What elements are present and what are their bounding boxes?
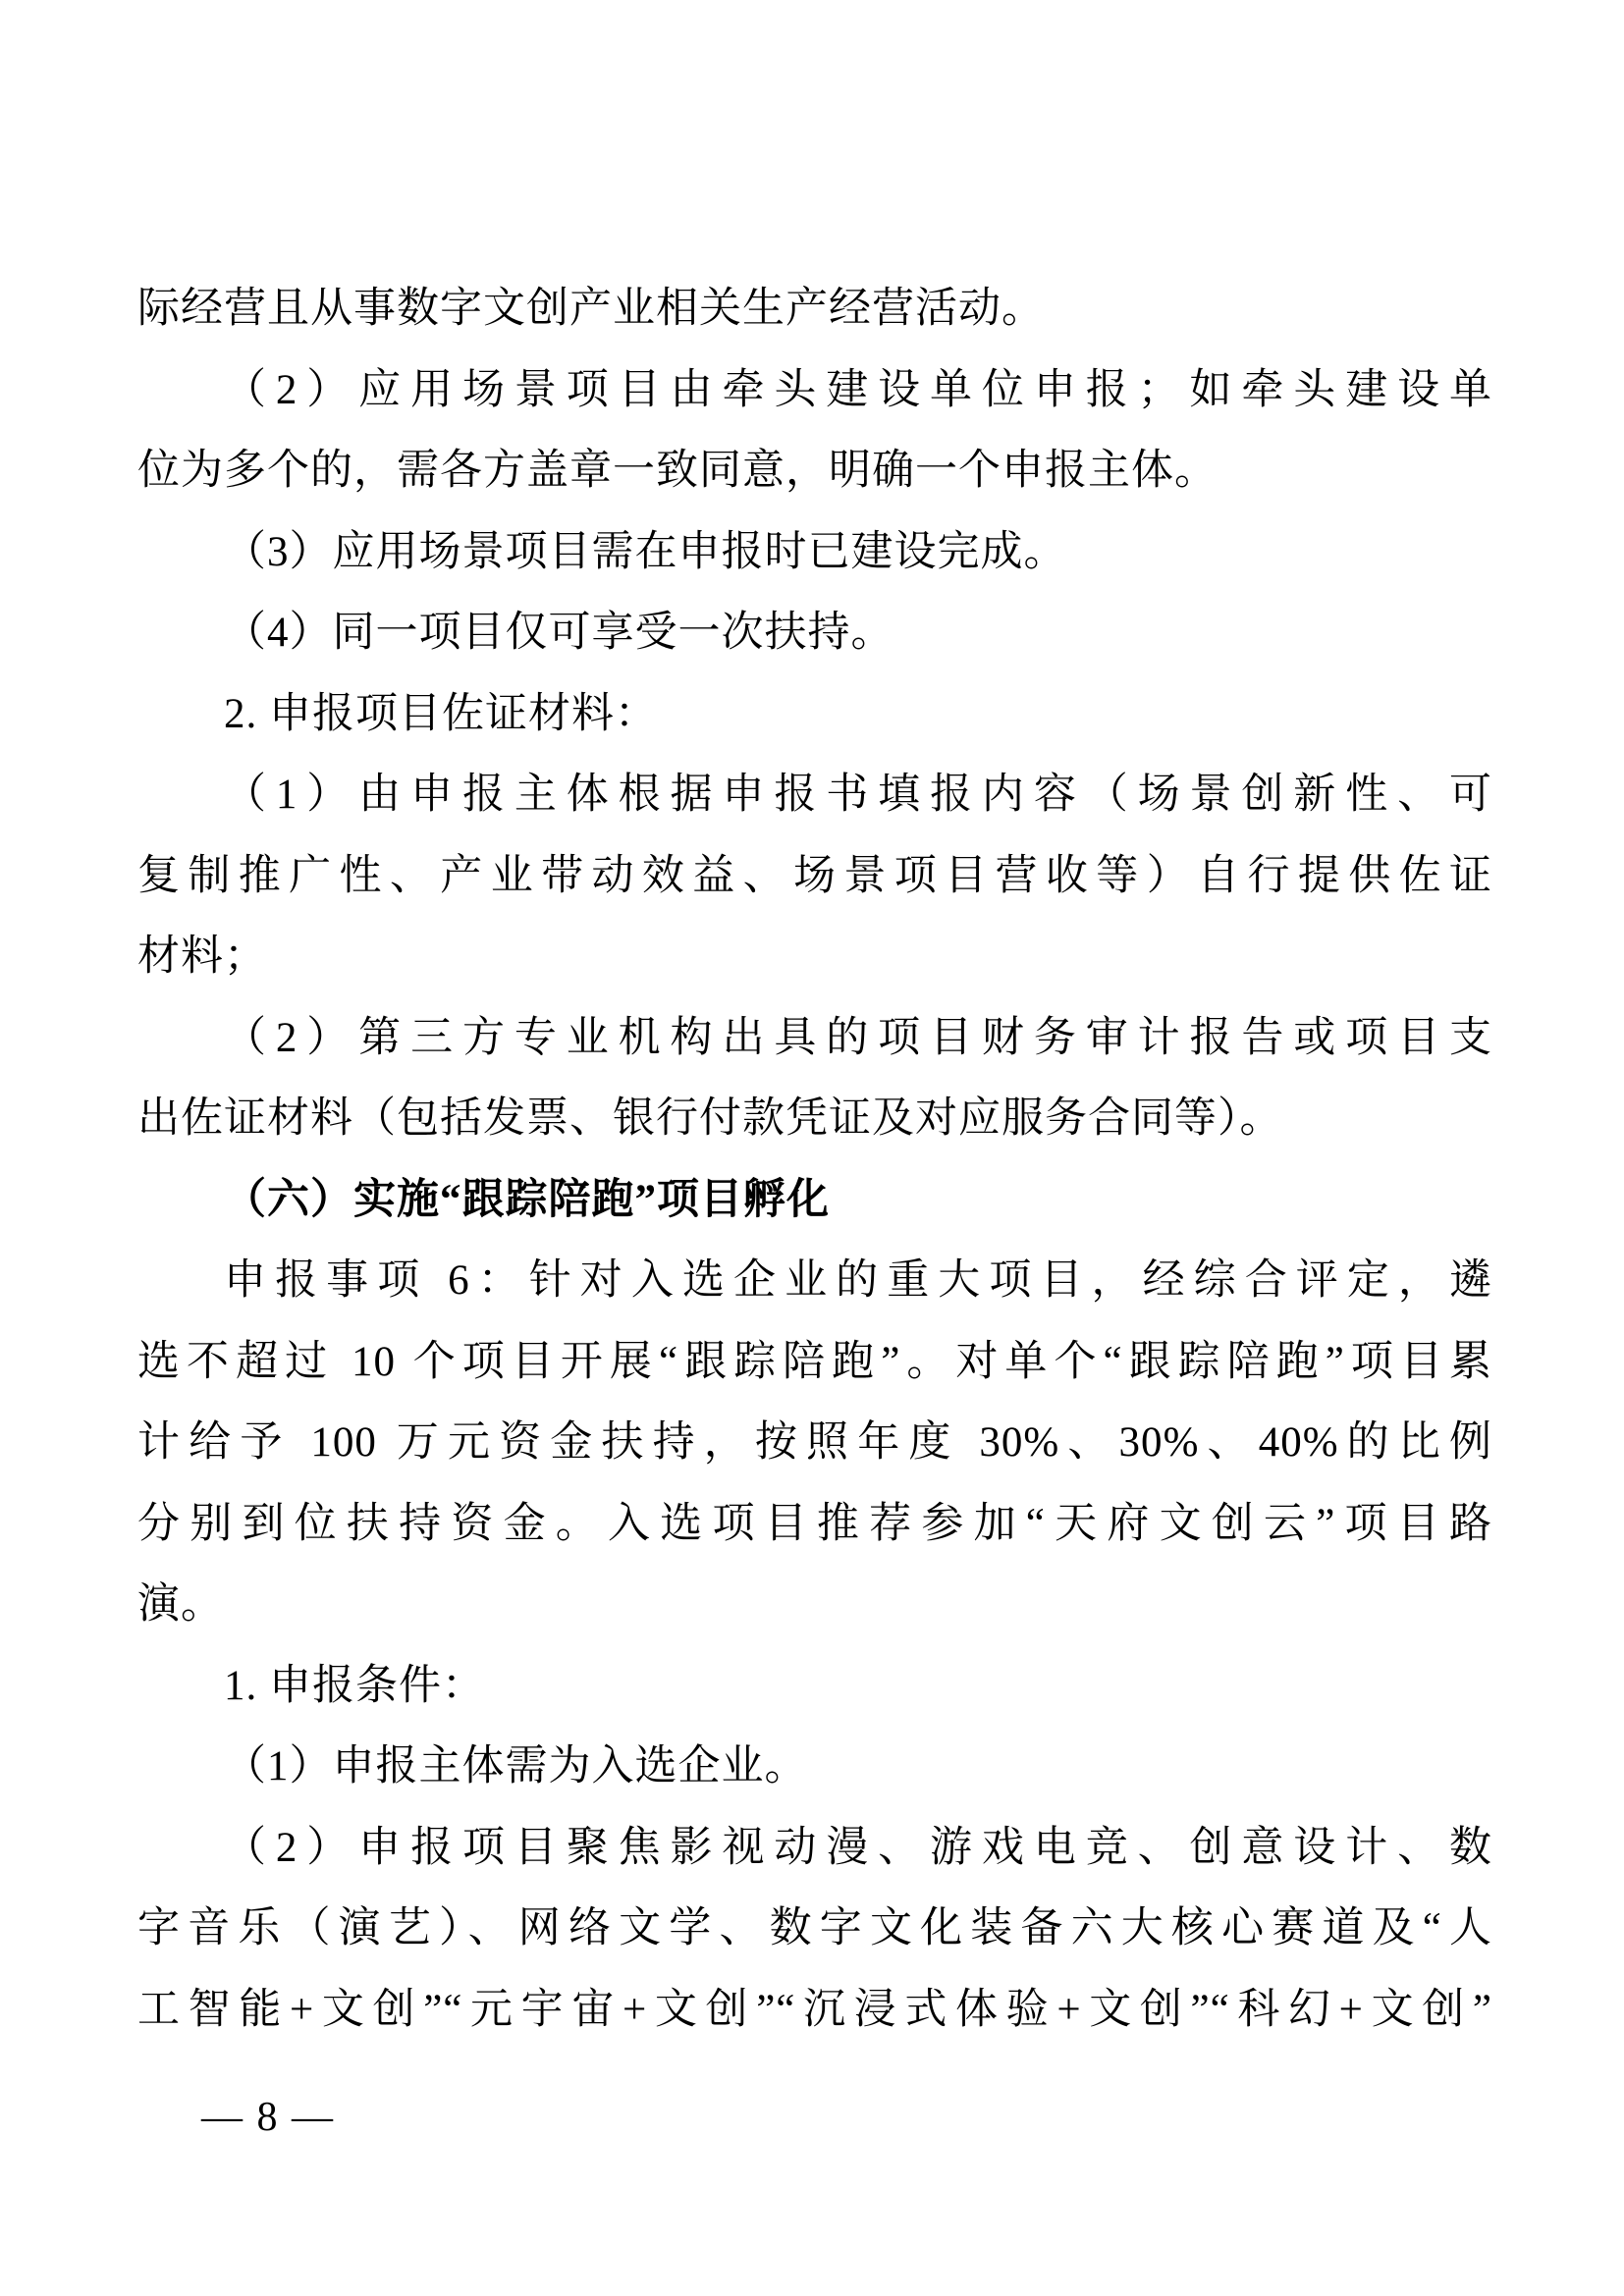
text-line: （4）同一项目仅可享受一次扶持。 [137,593,1492,674]
text-line: （3）应用场景项目需在申报时已建设完成。 [137,512,1492,594]
section-heading: （六）实施“跟踪陪跑”项目孵化 [137,1160,1492,1242]
text-line: 材料； [137,917,1492,998]
document-page: 际经营且从事数字文创产业相关生产经营活动。 （2）应用场景项目由牵头建设单位申报… [0,0,1624,2296]
text-line: 计给予 100 万元资金扶持，按照年度 30%、30%、40%的比例 [137,1403,1492,1484]
text-line: 位为多个的，需各方盖章一致同意，明确一个申报主体。 [137,431,1492,512]
text-line: （1）申报主体需为入选企业。 [137,1727,1492,1808]
text-line: 2. 申报项目佐证材料： [137,674,1492,756]
text-line: 工智能+文创”“元宇宙+文创”“沉浸式体验+文创”“科幻+文创” [137,1970,1492,2052]
text-line: （1）由申报主体根据申报书填报内容（场景创新性、可 [137,755,1492,836]
text-line: （2）申报项目聚焦影视动漫、游戏电竞、创意设计、数 [137,1808,1492,1890]
text-line: （2）应用场景项目由牵头建设单位申报；如牵头建设单 [137,350,1492,432]
text-line: 选不超过 10 个项目开展“跟踪陪跑”。对单个“跟踪陪跑”项目累 [137,1322,1492,1404]
text-line: 申报事项 6：针对入选企业的重大项目，经综合评定，遴 [137,1241,1492,1322]
text-line: 分别到位扶持资金。入选项目推荐参加“天府文创云”项目路 [137,1484,1492,1566]
text-line: 1. 申报条件： [137,1646,1492,1728]
text-line: 际经营且从事数字文创产业相关生产经营活动。 [137,269,1492,350]
text-line: 字音乐（演艺）、网络文学、数字文化装备六大核心赛道及“人 [137,1889,1492,1970]
text-line: 出佐证材料（包括发票、银行付款凭证及对应服务合同等）。 [137,1079,1492,1160]
page-number: — 8 — [201,2093,335,2142]
text-line: 复制推广性、产业带动效益、场景项目营收等）自行提供佐证 [137,836,1492,918]
text-line: （2）第三方专业机构出具的项目财务审计报告或项目支 [137,998,1492,1080]
document-body: 际经营且从事数字文创产业相关生产经营活动。 （2）应用场景项目由牵头建设单位申报… [137,269,1492,2051]
text-line: 演。 [137,1565,1492,1646]
